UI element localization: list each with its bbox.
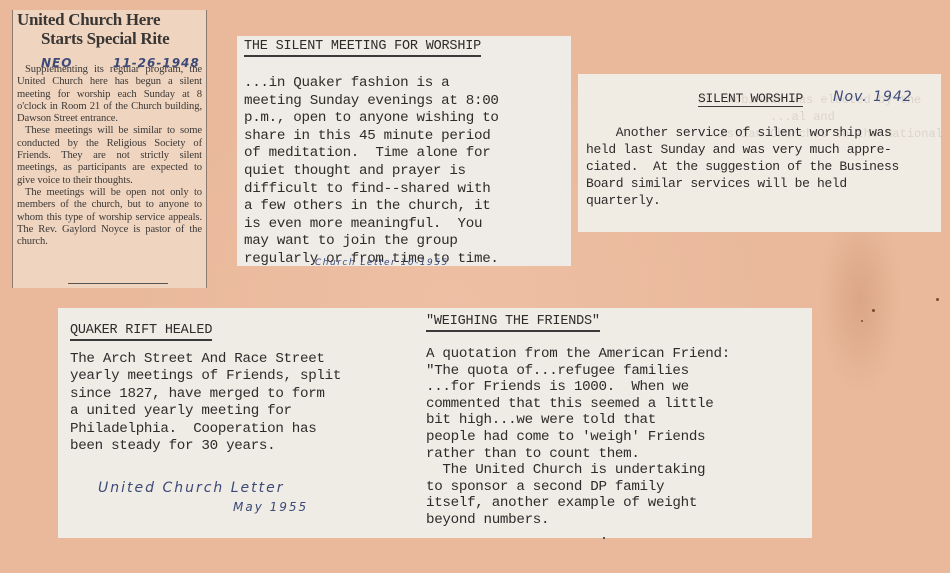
headline-line-2: Starts Special Rite [17, 29, 202, 48]
stain-speck [936, 298, 939, 301]
newspaper-clipping: United Church Here Starts Special Rite N… [12, 10, 207, 288]
divider [68, 283, 168, 284]
handwritten-source: United Church Letter [98, 480, 285, 496]
newspaper-headline: United Church Here Starts Special Rite [17, 10, 202, 48]
newspaper-body: Supplementing its regular program, the U… [17, 64, 202, 248]
silent-worship-body: Another service of silent worship was he… [586, 124, 899, 209]
stain-speck [872, 309, 875, 312]
newspaper-paragraph-1: Supplementing its regular program, the U… [17, 64, 202, 125]
quaker-rift-title: QUAKER RIFT HEALED [70, 323, 212, 341]
headline-line-1: United Church Here [17, 10, 160, 29]
paper-speck [603, 537, 605, 539]
weighing-friends-body: A quotation from the American Friend: "T… [426, 346, 730, 529]
handwritten-source: NEO [41, 56, 72, 70]
handwritten-date: May 1955 [233, 500, 308, 514]
stain-speck [861, 320, 863, 322]
quaker-rift-column: QUAKER RIFT HEALED The Arch Street And R… [70, 320, 341, 455]
silent-meeting-title: THE SILENT MEETING FOR WORSHIP [244, 39, 481, 57]
handwritten-date: 11-26-1948 [113, 56, 200, 70]
quaker-clipping: QUAKER RIFT HEALED The Arch Street And R… [58, 308, 812, 538]
newspaper-paragraph-2: These meetings will be similar to some c… [17, 125, 202, 186]
weighing-friends-title: "WEIGHING THE FRIENDS" [426, 314, 600, 332]
silent-worship-title: SILENT WORSHIP [698, 91, 803, 107]
weighing-friends-column: "WEIGHING THE FRIENDS" A quotation from … [426, 311, 730, 529]
handwritten-date: Nov. 1942 [833, 89, 913, 105]
quaker-rift-body: The Arch Street And Race Street yearly m… [70, 351, 341, 455]
silent-meeting-clipping: THE SILENT MEETING FOR WORSHIP ...in Qua… [237, 36, 571, 266]
newspaper-paragraph-3: The meetings will be open not only to me… [17, 187, 202, 248]
handwritten-signature: Church Letter 10-1955 [315, 258, 449, 268]
silent-meeting-body: ...in Quaker fashion is a meeting Sunday… [244, 75, 571, 269]
silent-worship-clipping: Dr. Robinson was elected by the ...al an… [578, 74, 941, 232]
